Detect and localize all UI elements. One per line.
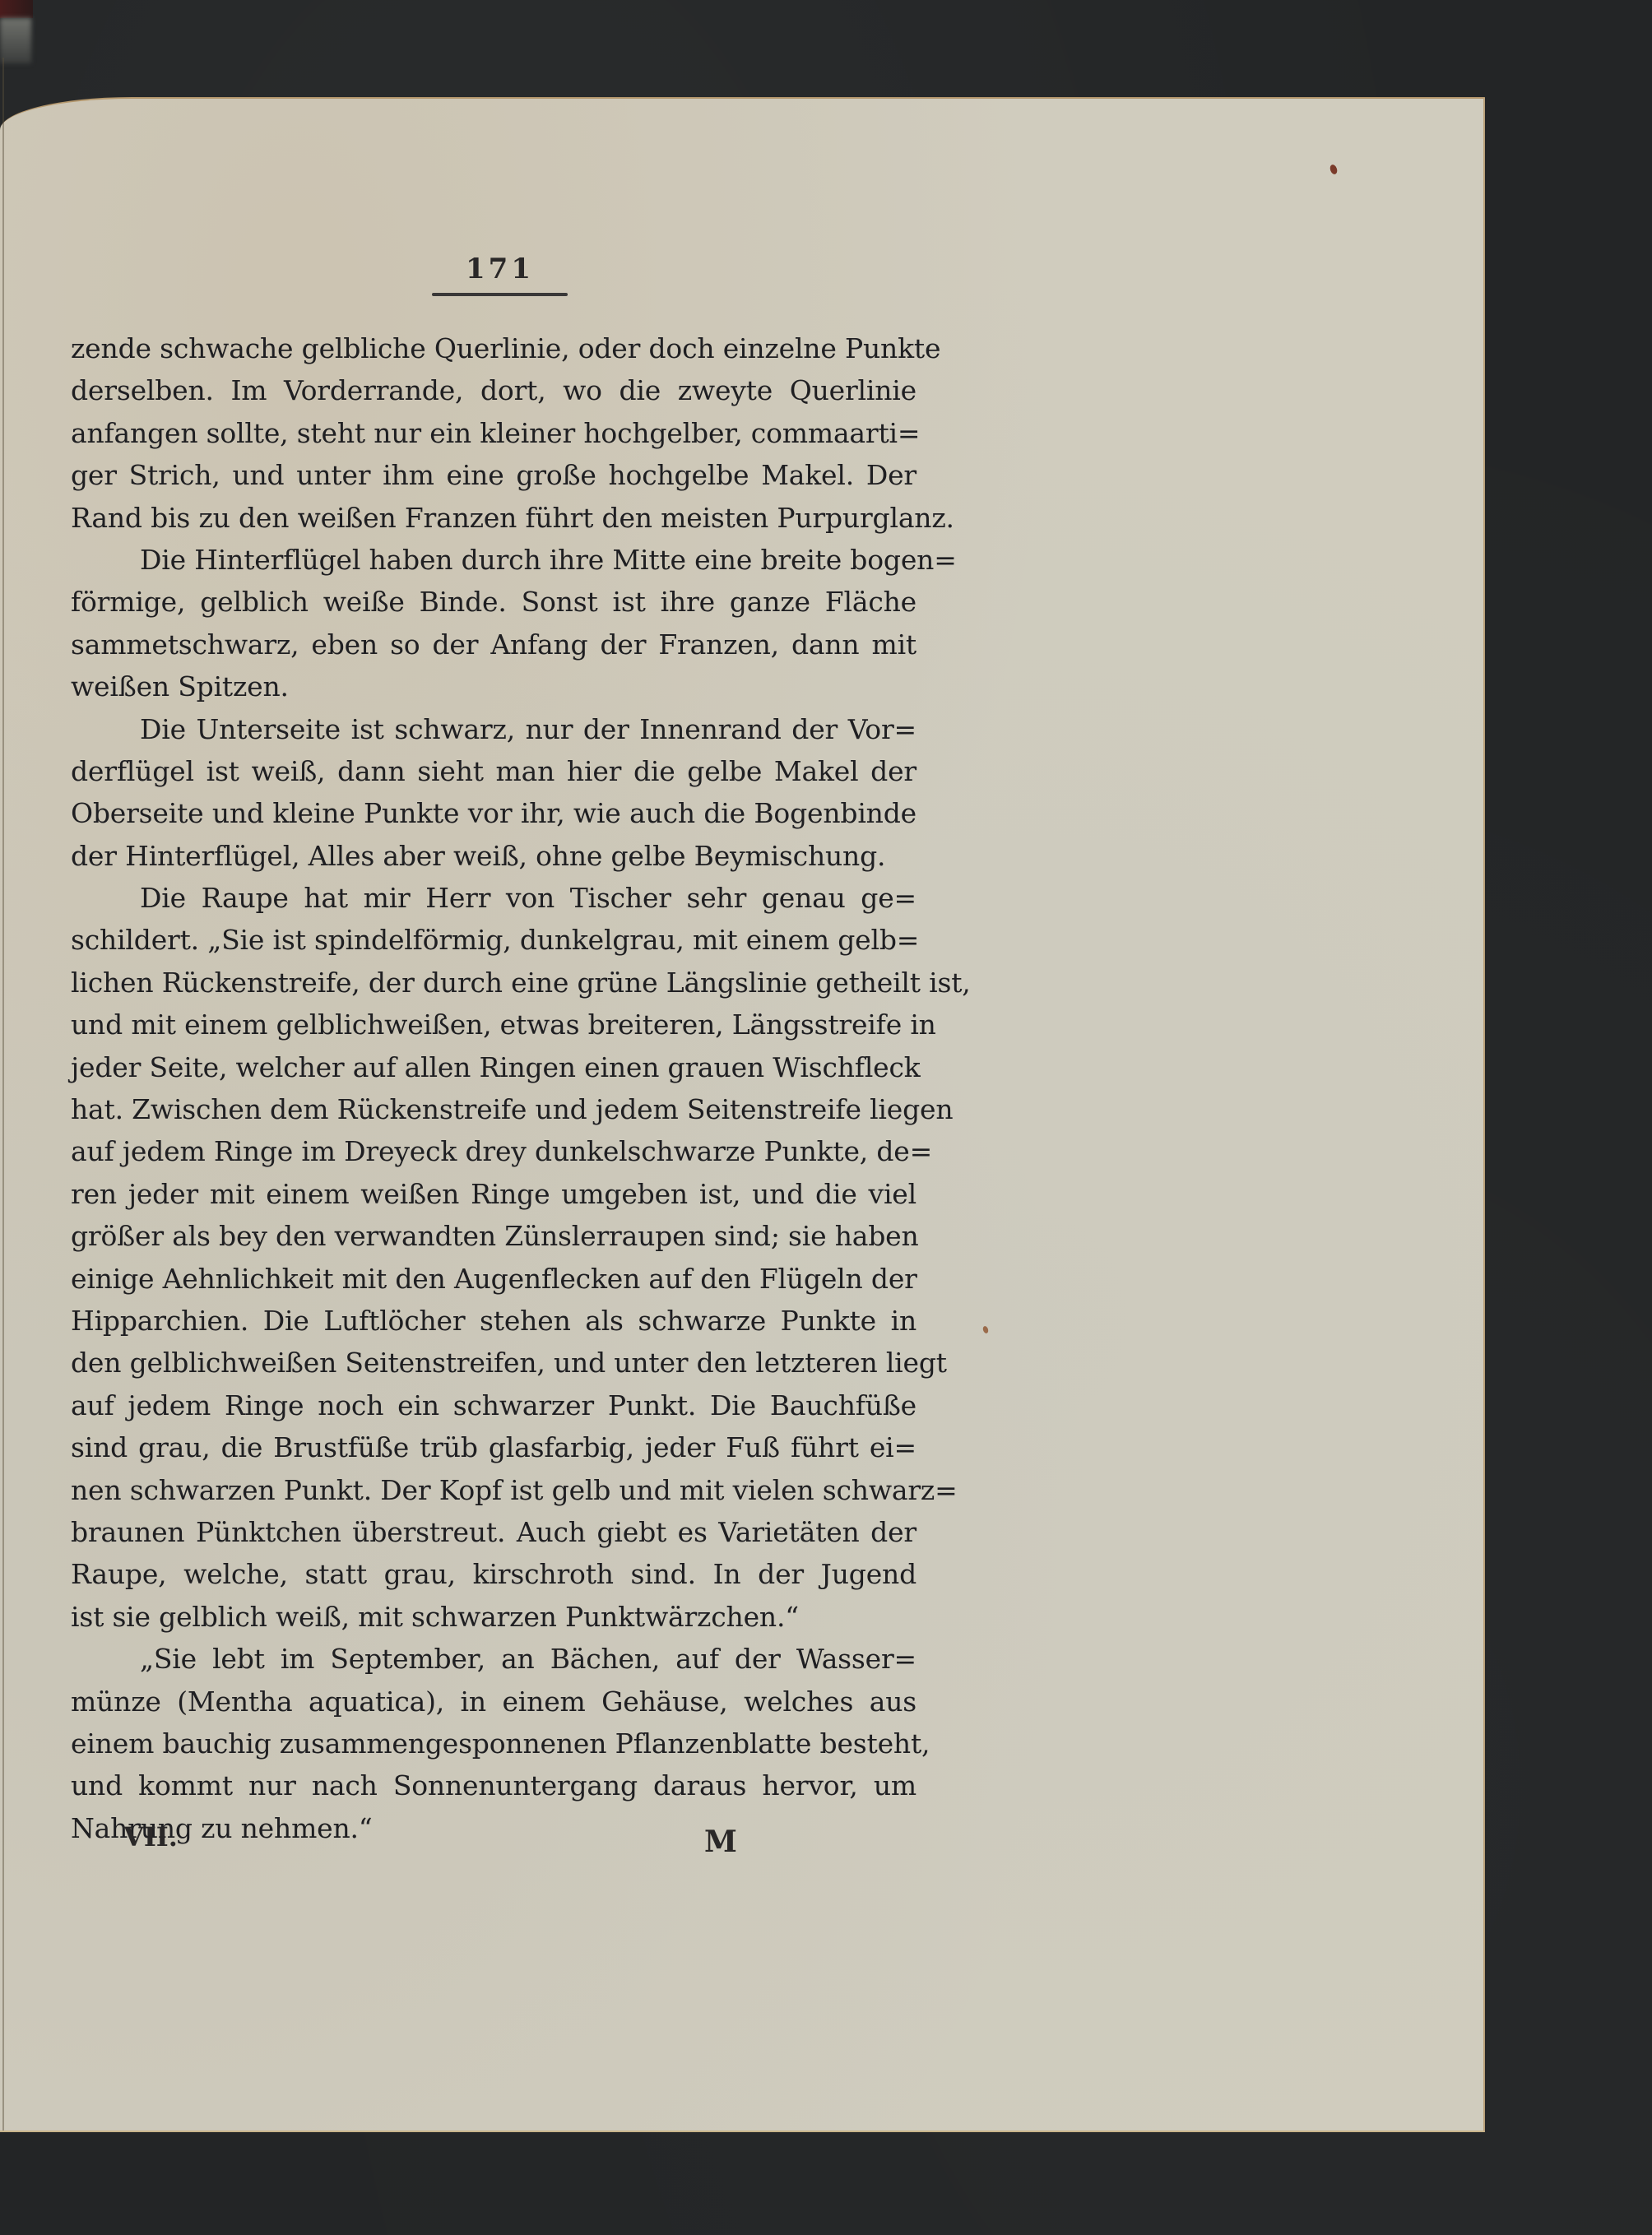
text-line: münze (Mentha aquatica), in einem Gehäus… bbox=[71, 1681, 916, 1723]
binding-line bbox=[2, 58, 4, 2131]
text-line: auf jedem Ringe im Dreyeck drey dunkelsc… bbox=[71, 1130, 916, 1172]
text-line: derflügel ist weiß, dann sieht man hier … bbox=[71, 750, 916, 792]
text-line: Rand bis zu den weißen Franzen führt den… bbox=[71, 497, 916, 539]
text-line: braunen Pünktchen überstreut. Auch giebt… bbox=[71, 1511, 916, 1553]
text-line: anfangen sollte, steht nur ein kleiner h… bbox=[71, 412, 916, 454]
text-line: nen schwarzen Punkt. Der Kopf ist gelb u… bbox=[71, 1469, 916, 1511]
text-line: Hipparchien. Die Luftlöcher stehen als s… bbox=[71, 1300, 916, 1342]
text-line: sammetschwarz, eben so der Anfang der Fr… bbox=[71, 624, 916, 665]
page-number: 171 bbox=[432, 251, 568, 287]
text-line: einem bauchig zusammengesponnenen Pflanz… bbox=[71, 1723, 916, 1764]
text-line: förmige, gelblich weiße Binde. Sonst ist… bbox=[71, 581, 916, 623]
text-line: einige Aehnlichkeit mit den Augenflecken… bbox=[71, 1258, 916, 1300]
text-line: größer als bey den verwandten Zünslerrau… bbox=[71, 1215, 916, 1257]
text-line: ger Strich, und unter ihm eine große hoc… bbox=[71, 454, 916, 496]
text-line: auf jedem Ringe noch ein schwarzer Punkt… bbox=[71, 1384, 916, 1426]
text-line: und kommt nur nach Sonnenuntergang darau… bbox=[71, 1764, 916, 1806]
text-line: Die Hinterflügel haben durch ihre Mitte … bbox=[71, 539, 916, 581]
text-line: sind grau, die Brustfüße trüb glasfarbig… bbox=[71, 1426, 916, 1468]
catchword-mark: M bbox=[704, 1825, 737, 1859]
book-edge bbox=[0, 18, 31, 63]
signature-mark: VII. bbox=[123, 1821, 178, 1852]
text-line: Die Raupe hat mir Herr von Tischer sehr … bbox=[71, 877, 916, 919]
text-line: lichen Rückenstreife, der durch eine grü… bbox=[71, 962, 916, 1004]
header-rule bbox=[432, 293, 568, 296]
text-line: weißen Spitzen. bbox=[71, 665, 916, 707]
text-line: Raupe, welche, statt grau, kirschroth si… bbox=[71, 1553, 916, 1595]
text-line: schildert. „Sie ist spindelförmig, dunke… bbox=[71, 919, 916, 961]
text-line: hat. Zwischen dem Rückenstreife und jede… bbox=[71, 1088, 916, 1130]
bookmark-ribbon bbox=[0, 0, 33, 18]
text-line: zende schwache gelbliche Querlinie, oder… bbox=[71, 327, 916, 369]
text-line: ren jeder mit einem weißen Ringe umgeben… bbox=[71, 1173, 916, 1215]
text-line: den gelblichweißen Seitenstreifen, und u… bbox=[71, 1342, 916, 1384]
text-line: Oberseite und kleine Punkte vor ihr, wie… bbox=[71, 792, 916, 834]
text-line: „Sie lebt im September, an Bächen, auf d… bbox=[71, 1638, 916, 1680]
text-line: derselben. Im Vorderrande, dort, wo die … bbox=[71, 369, 916, 411]
text-line: und mit einem gelblichweißen, etwas brei… bbox=[71, 1004, 916, 1046]
text-line: ist sie gelblich weiß, mit schwarzen Pun… bbox=[71, 1596, 916, 1638]
text-line: jeder Seite, welcher auf allen Ringen ei… bbox=[71, 1046, 916, 1088]
text-line: Nahrung zu nehmen.“ bbox=[71, 1807, 916, 1849]
text-line: Die Unterseite ist schwarz, nur der Inne… bbox=[71, 708, 916, 750]
page-header: 171 bbox=[432, 251, 568, 296]
text-line: der Hinterflügel, Alles aber weiß, ohne … bbox=[71, 835, 916, 877]
body-text: zende schwache gelbliche Querlinie, oder… bbox=[71, 327, 916, 1849]
